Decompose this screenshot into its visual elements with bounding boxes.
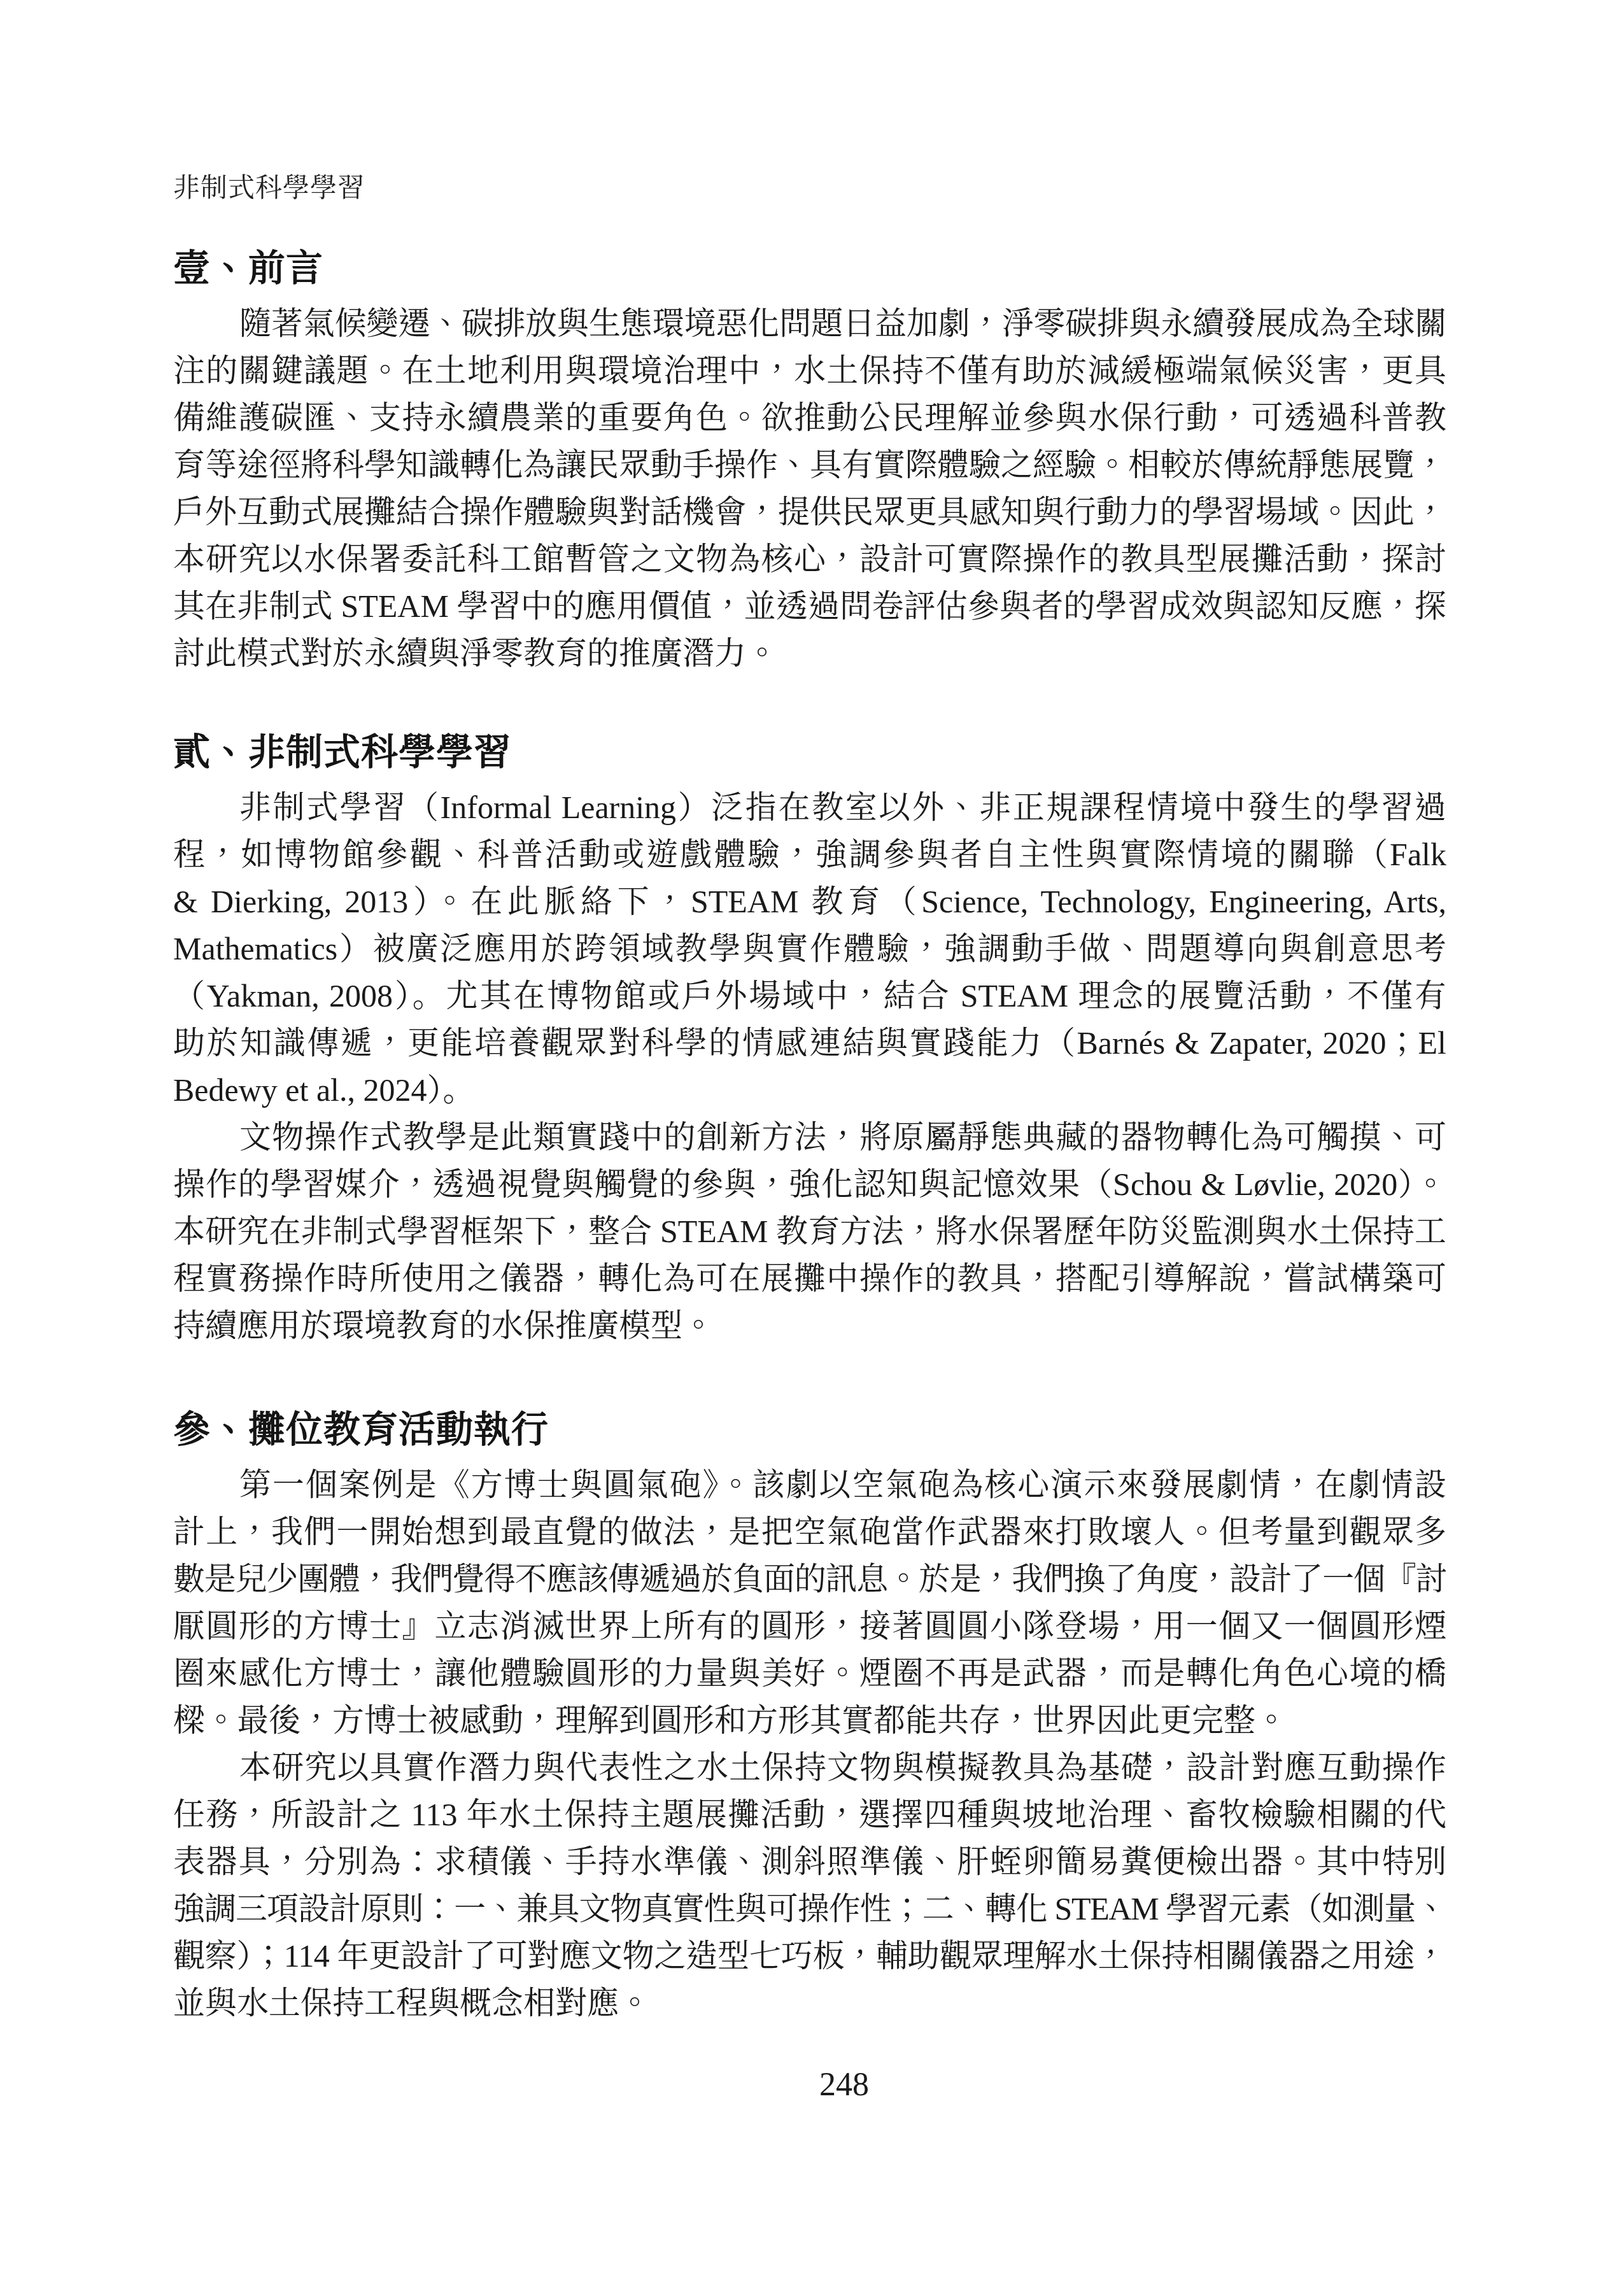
section: 壹、前言隨著氣候變遷、碳排放與生態環境惡化問題日益加劇，淨零碳排與永續發展成為全… bbox=[173, 249, 1446, 677]
text-line: 計上，我們一開始想到最直覺的做法，是把空氣砲當作武器來打敗壞人。但考量到觀眾多 bbox=[173, 1508, 1446, 1555]
page-number: 248 bbox=[208, 2067, 1481, 2103]
text-line: 戶外互動式展攤結合操作體驗與對話機會，提供民眾更具感知與行動力的學習場域。因此， bbox=[173, 488, 1446, 535]
text-line: 程實務操作時所使用之儀器，轉化為可在展攤中操作的教具，搭配引導解說，嘗試構築可 bbox=[173, 1255, 1446, 1302]
section-heading: 貳、非制式科學學習 bbox=[173, 733, 1446, 772]
section-heading: 參、攤位教育活動執行 bbox=[173, 1410, 1446, 1450]
text-line: 第一個案例是《方博士與圓氣砲》。該劇以空氣砲為核心演示來發展劇情，在劇情設 bbox=[173, 1461, 1446, 1508]
text-line: 程，如博物館參觀、科普活動或遊戲體驗，強調參與者自主性與實際情境的關聯（Falk bbox=[173, 831, 1446, 878]
text-line: & Dierking, 2013）。在此脈絡下，STEAM 教育（Science… bbox=[173, 878, 1446, 925]
paragraph: 第一個案例是《方博士與圓氣砲》。該劇以空氣砲為核心演示來發展劇情，在劇情設計上，… bbox=[173, 1461, 1446, 1744]
text-line: 並與水土保持工程與概念相對應。 bbox=[173, 1979, 1446, 2027]
text-line: 育等途徑將科學知識轉化為讓民眾動手操作、具有實際體驗之經驗。相較於傳統靜態展覽， bbox=[173, 441, 1446, 488]
text-line: 隨著氣候變遷、碳排放與生態環境惡化問題日益加劇，淨零碳排與永續發展成為全球關 bbox=[173, 300, 1446, 347]
text-line: 持續應用於環境教育的水保推廣模型。 bbox=[173, 1302, 1446, 1349]
text-line: 厭圓形的方博士』立志消滅世界上所有的圓形，接著圓圓小隊登場，用一個又一個圓形煙 bbox=[173, 1602, 1446, 1650]
text-line: 注的關鍵議題。在土地利用與環境治理中，水土保持不僅有助於減緩極端氣候災害，更具 bbox=[173, 347, 1446, 394]
text-line: Bedewy et al., 2024）。 bbox=[173, 1066, 1446, 1114]
text-line: 討此模式對於永續與淨零教育的推廣潛力。 bbox=[173, 630, 1446, 677]
text-line: 備維護碳匯、支持永續農業的重要角色。欲推動公民理解並參與水保行動，可透過科普教 bbox=[173, 394, 1446, 441]
text-line: 觀察）；114 年更設計了可對應文物之造型七巧板，輔助觀眾理解水土保持相關儀器之… bbox=[173, 1932, 1446, 1979]
text-line: 操作的學習媒介，透過視覺與觸覺的參與，強化認知與記憶效果（Schou & Løv… bbox=[173, 1161, 1446, 1208]
paragraph: 隨著氣候變遷、碳排放與生態環境惡化問題日益加劇，淨零碳排與永續發展成為全球關注的… bbox=[173, 300, 1446, 677]
text-line: 樑。最後，方博士被感動，理解到圓形和方形其實都能共存，世界因此更完整。 bbox=[173, 1697, 1446, 1744]
paragraph: 文物操作式教學是此類實踐中的創新方法，將原屬靜態典藏的器物轉化為可觸摸、可操作的… bbox=[173, 1114, 1446, 1349]
text-line: 圈來感化方博士，讓他體驗圓形的力量與美好。煙圈不再是武器，而是轉化角色心境的橋 bbox=[173, 1650, 1446, 1697]
text-line: 本研究在非制式學習框架下，整合 STEAM 教育方法，將水保署歷年防災監測與水土… bbox=[173, 1208, 1446, 1255]
text-line: 助於知識傳遞，更能培養觀眾對科學的情感連結與實踐能力（Barnés & Zapa… bbox=[173, 1019, 1446, 1066]
text-line: 本研究以具實作潛力與代表性之水土保持文物與模擬教具為基礎，設計對應互動操作 bbox=[173, 1744, 1446, 1791]
text-line: 強調三項設計原則：一、兼具文物真實性與可操作性；二、轉化 STEAM 學習元素（… bbox=[173, 1885, 1446, 1932]
section-heading: 壹、前言 bbox=[173, 249, 1446, 288]
text-line: 非制式學習（Informal Learning）泛指在教室以外、非正規課程情境中… bbox=[173, 784, 1446, 831]
paragraph: 本研究以具實作潛力與代表性之水土保持文物與模擬教具為基礎，設計對應互動操作任務，… bbox=[173, 1744, 1446, 2027]
text-line: 表器具，分別為：求積儀、手持水準儀、測斜照準儀、肝蛭卵簡易糞便檢出器。其中特別 bbox=[173, 1838, 1446, 1885]
text-line: 任務，所設計之 113 年水土保持主題展攤活動，選擇四種與坡地治理、畜牧檢驗相關… bbox=[173, 1791, 1446, 1838]
section: 參、攤位教育活動執行第一個案例是《方博士與圓氣砲》。該劇以空氣砲為核心演示來發展… bbox=[173, 1410, 1446, 2027]
document-page: 非制式科學學習 壹、前言隨著氣候變遷、碳排放與生態環境惡化問題日益加劇，淨零碳排… bbox=[0, 0, 1624, 2278]
text-line: 文物操作式教學是此類實踐中的創新方法，將原屬靜態典藏的器物轉化為可觸摸、可 bbox=[173, 1114, 1446, 1161]
paragraph: 非制式學習（Informal Learning）泛指在教室以外、非正規課程情境中… bbox=[173, 784, 1446, 1114]
text-line: Mathematics）被廣泛應用於跨領域教學與實作體驗，強調動手做、問題導向與… bbox=[173, 925, 1446, 972]
section: 貳、非制式科學學習非制式學習（Informal Learning）泛指在教室以外… bbox=[173, 733, 1446, 1349]
text-line: 數是兒少團體，我們覺得不應該傳遞過於負面的訊息。於是，我們換了角度，設計了一個『… bbox=[173, 1555, 1446, 1602]
content-column: 壹、前言隨著氣候變遷、碳排放與生態環境惡化問題日益加劇，淨零碳排與永續發展成為全… bbox=[173, 0, 1446, 2027]
text-line: （Yakman, 2008）。尤其在博物館或戶外場域中，結合 STEAM 理念的… bbox=[173, 972, 1446, 1019]
text-line: 其在非制式 STEAM 學習中的應用價值，並透過問卷評估參與者的學習成效與認知反… bbox=[173, 583, 1446, 630]
text-line: 本研究以水保署委託科工館暫管之文物為核心，設計可實際操作的教具型展攤活動，探討 bbox=[173, 535, 1446, 583]
